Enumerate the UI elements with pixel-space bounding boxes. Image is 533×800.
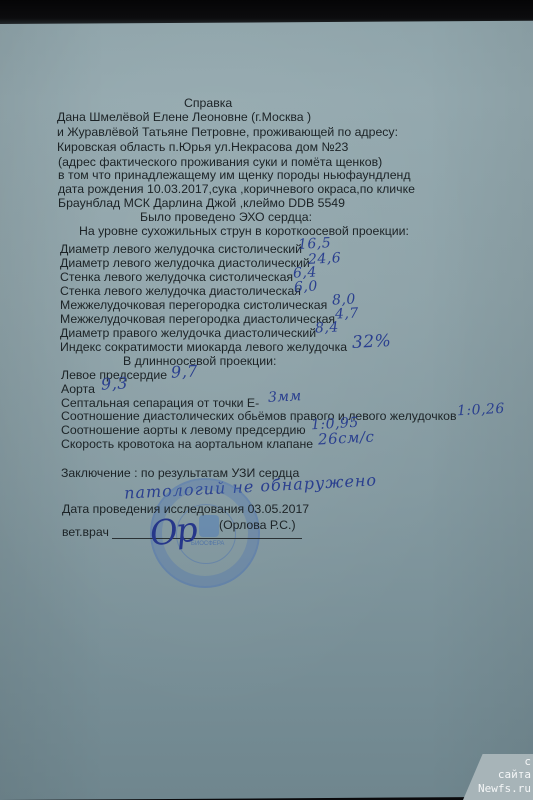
header-line: в том что принадлежащему им щенку породы… xyxy=(58,168,411,182)
long-axis-heading: В длинноосевой проекции: xyxy=(123,354,276,368)
measurement-label: Соотношение диастолических обьёмов право… xyxy=(61,409,457,423)
watermark-line: Newfs.ru xyxy=(478,783,531,795)
measurement-value: 9,3 xyxy=(101,373,129,393)
header-line: Дана Шмелёвой Елене Леоновне (г.Москва ) xyxy=(57,110,311,124)
measurement-label: Септальная сепарация от точки Е- xyxy=(61,396,259,410)
measurement-label: Стенка левого желудочка диастолическая xyxy=(60,284,301,298)
stamp-logo-icon xyxy=(199,515,219,537)
header-line: (адрес фактического проживания суки и по… xyxy=(58,155,382,169)
header-line: Браунблад МСК Дарлина Джой ,клеймо DDB 5… xyxy=(58,196,345,210)
measurement-value: 6,0 xyxy=(294,278,319,295)
measurement-label: Диаметр правого желудочка диастолический xyxy=(60,326,316,340)
measurement-label: Соотношение аорты к левому предсердию xyxy=(61,423,306,437)
measurement-label: Межжелудочковая перегородка систолическа… xyxy=(60,298,327,312)
header-line: дата рождения 10.03.2017,сука ,коричнево… xyxy=(58,182,415,196)
header-line: Кировская область п.Юрья ул.Некрасова до… xyxy=(57,140,348,154)
measurement-label: Межжелудочковая перегородка диастолическ… xyxy=(60,312,335,326)
measurement-label: Скорость кровотока на аортальном клапане xyxy=(61,437,313,451)
watermark-line: с xyxy=(524,756,531,768)
measurement-value: 9,7 xyxy=(171,361,199,381)
watermark-line: сайта xyxy=(498,769,531,781)
measurement-label: Аорта xyxy=(61,382,95,396)
measurement-value: 26см/с xyxy=(318,428,375,449)
certificate-document: Справка Дана Шмелёвой Елене Леоновне (г.… xyxy=(0,0,533,800)
measurement-label: Диаметр левого желудочка систолический xyxy=(60,242,302,256)
measurement-label: Индекс сократимости миокарда левого желу… xyxy=(60,340,347,354)
measurement-value: 3мм xyxy=(268,388,302,406)
signature-line xyxy=(112,538,302,539)
signature: Ор xyxy=(148,510,198,555)
echo-heading: Было проведено ЭХО сердца: xyxy=(140,210,312,224)
vet-label: вет.врач xyxy=(62,525,109,539)
measurement-value: 1:0,26 xyxy=(457,401,506,419)
short-axis-heading: На уровне сухожильных струн в короткоосе… xyxy=(79,224,409,238)
header-line: и Журавлёвой Татьяне Петровне, проживающ… xyxy=(57,125,398,139)
measurement-value: 8,4 xyxy=(315,319,340,336)
measurement-value: 32% xyxy=(352,331,392,353)
document-title: Справка xyxy=(184,96,232,110)
measurement-label: Стенка левого желудочка систолическая xyxy=(60,270,293,284)
measurement-label: Диаметр левого желудочка диастолический xyxy=(60,256,310,270)
vet-name: (Орлова Р.С.) xyxy=(219,518,296,532)
